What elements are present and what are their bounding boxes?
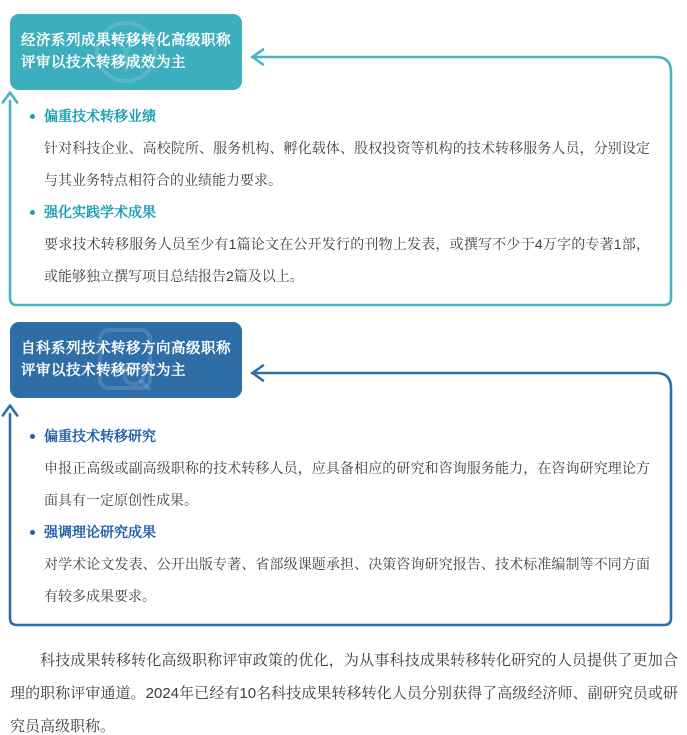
science-title-line1: 自科系列技术转移方向高级职称 bbox=[21, 338, 242, 360]
science-arrow-head-up-icon bbox=[3, 406, 17, 416]
bullet-body-text: 对学术论文发表、公开出版专著、省部级课题承担、决策咨询研究报告、技术标准编制等不… bbox=[30, 548, 650, 612]
bullet-dot-icon bbox=[30, 434, 35, 439]
science-section-content: 偏重技术转移研究 申报正高级或副高级职称的技术转移人员，应具备相应的研究和咨询服… bbox=[30, 420, 650, 612]
science-title-line2: 评审以技术转移研究为主 bbox=[21, 360, 242, 382]
infographic-canvas: 经济系列成果转移转化高级职称 评审以技术转移成效为主 偏重技术转移业绩 针对科技… bbox=[0, 0, 687, 735]
economic-arrow-head-up-icon bbox=[3, 93, 17, 103]
bullet-dot-icon bbox=[30, 530, 35, 535]
bullet-dot-icon bbox=[30, 210, 35, 215]
summary-paragraph: 科技成果转移转化高级职称评审政策的优化，为从事科技成果转移转化研究的人员提供了更… bbox=[10, 644, 678, 735]
economic-title-line2: 评审以技术转移成效为主 bbox=[21, 52, 242, 74]
science-arrow-head-left-icon bbox=[253, 366, 264, 381]
bullet-heading: 强化实践学术成果 bbox=[30, 196, 650, 228]
bullet-heading-label: 强化实践学术成果 bbox=[44, 196, 156, 228]
bullet-dot-icon bbox=[30, 114, 35, 119]
bullet-heading-label: 偏重技术转移研究 bbox=[44, 420, 156, 452]
economic-series-title-card: 经济系列成果转移转化高级职称 评审以技术转移成效为主 bbox=[10, 14, 242, 90]
economic-section-content: 偏重技术转移业绩 针对科技企业、高校院所、服务机构、孵化载体、股权投资等机构的技… bbox=[30, 100, 650, 292]
bullet-heading: 偏重技术转移研究 bbox=[30, 420, 650, 452]
bullet-heading: 偏重技术转移业绩 bbox=[30, 100, 650, 132]
bullet-heading-label: 偏重技术转移业绩 bbox=[44, 100, 156, 132]
bullet-body-text: 申报正高级或副高级职称的技术转移人员，应具备相应的研究和咨询服务能力，在咨询研究… bbox=[30, 452, 650, 516]
bullet-heading: 强调理论研究成果 bbox=[30, 516, 650, 548]
economic-arrow-head-left-icon bbox=[253, 50, 264, 65]
bullet-heading-label: 强调理论研究成果 bbox=[44, 516, 156, 548]
science-series-title-card: 自科系列技术转移方向高级职称 评审以技术转移研究为主 bbox=[10, 322, 242, 398]
bullet-body-text: 要求技术转移服务人员至少有1篇论文在公开发行的刊物上发表，或撰写不少于4万字的专… bbox=[30, 228, 650, 292]
economic-title-line1: 经济系列成果转移转化高级职称 bbox=[21, 30, 242, 52]
bullet-body-text: 针对科技企业、高校院所、服务机构、孵化载体、股权投资等机构的技术转移服务人员，分… bbox=[30, 132, 650, 196]
